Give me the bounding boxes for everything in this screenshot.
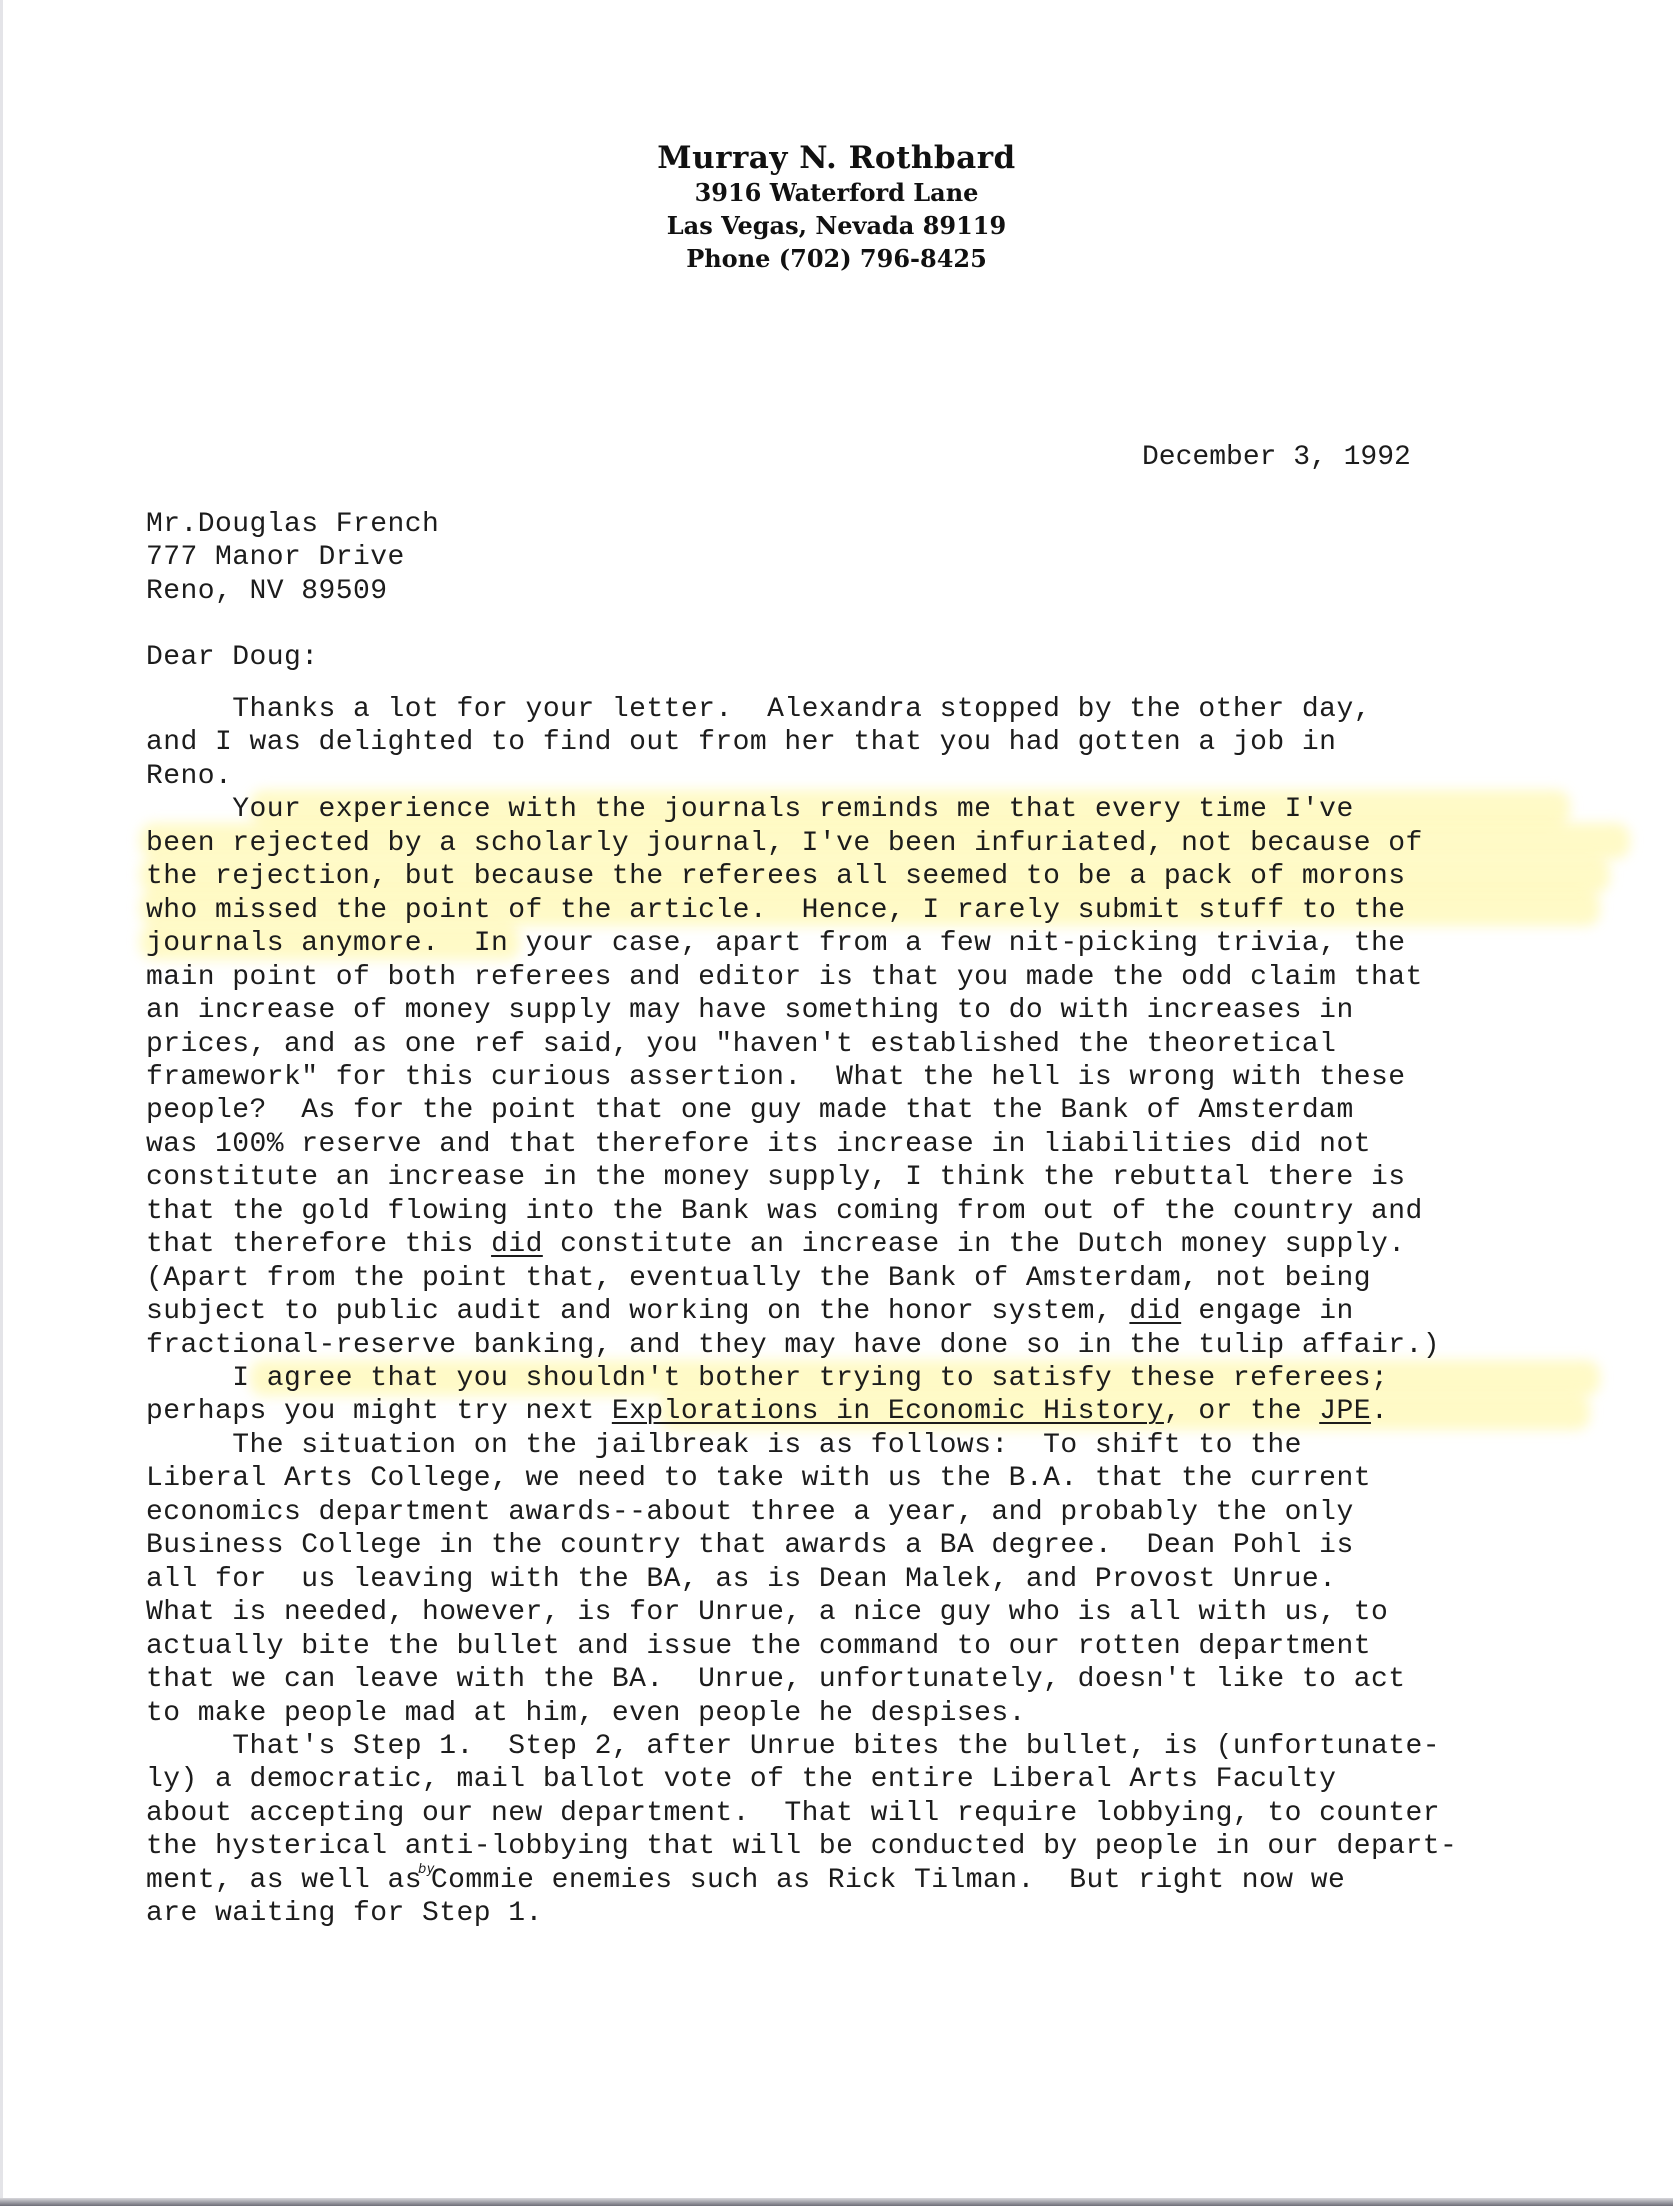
body-line: I agree that you shouldn't bother trying… [146,1362,1388,1396]
body-line: framework" for this curious assertion. W… [146,1061,1405,1095]
body-line: Liberal Arts College, we need to take wi… [146,1462,1371,1496]
body-line: Business College in the country that awa… [146,1529,1354,1563]
body-line: ly) a democratic, mail ballot vote of th… [146,1763,1336,1797]
sender-name: Murray N. Rothbard [0,140,1673,176]
page-edge [0,0,3,2206]
body-line: been rejected by a scholarly journal, I'… [146,827,1423,861]
body-line: constitute an increase in the money supp… [146,1161,1405,1195]
body-line: journals anymore. In your case, apart fr… [146,927,1405,961]
body-line: was 100% reserve and that therefore its … [146,1128,1371,1162]
body-line: actually bite the bullet and issue the c… [146,1630,1371,1664]
body-line: and I was delighted to find out from her… [146,726,1336,760]
sender-phone: Phone (702) 796-8425 [0,242,1673,275]
letterhead: Murray N. Rothbard 3916 Waterford Lane L… [0,140,1673,275]
body-line: fractional-reserve banking, and they may… [146,1329,1440,1363]
underlined-phrase: did [1129,1296,1181,1327]
body-line: Your experience with the journals remind… [146,793,1354,827]
body-line: an increase of money supply may have som… [146,994,1354,1028]
body-line: who missed the point of the article. Hen… [146,894,1405,928]
body-line: That's Step 1. Step 2, after Unrue bites… [146,1730,1440,1764]
underlined-phrase: JPE [1319,1396,1371,1427]
body-line: Reno. [146,760,232,794]
body-line: to make people mad at him, even people h… [146,1697,1026,1731]
body-line: all for us leaving with the BA, as is De… [146,1563,1336,1597]
body-line: the rejection, but because the referees … [146,860,1405,894]
body-line: about accepting our new department. That… [146,1797,1440,1831]
body-line: prices, and as one ref said, you "haven'… [146,1028,1336,1062]
body-line: are waiting for Step 1. [146,1897,543,1931]
body-line: the hysterical anti-lobbying that will b… [146,1830,1457,1864]
body-line: economics department awards--about three… [146,1496,1354,1530]
body-line: that the gold flowing into the Bank was … [146,1195,1423,1229]
recipient-street: 777 Manor Drive [146,541,405,575]
sender-city: Las Vegas, Nevada 89119 [0,209,1673,242]
handwritten-insertion: by [418,1862,435,1877]
body-line: perhaps you might try next Explorations … [146,1395,1388,1429]
underlined-phrase: Explorations in Economic History [612,1396,1164,1427]
body-line: that therefore this did constitute an in… [146,1228,1405,1262]
body-line: main point of both referees and editor i… [146,961,1423,995]
body-line: Thanks a lot for your letter. Alexandra … [146,693,1371,727]
underlined-phrase: did [491,1229,543,1260]
letter-date: December 3, 1992 [1142,441,1411,474]
salutation: Dear Doug: [146,641,319,675]
page-edge-shadow [0,2198,1673,2206]
recipient-city: Reno, NV 89509 [146,575,388,609]
body-line: The situation on the jailbreak is as fol… [146,1429,1302,1463]
sender-street: 3916 Waterford Lane [0,176,1673,209]
body-line: ment, as well asbyCommie enemies such as… [146,1864,1345,1901]
body-line: people? As for the point that one guy ma… [146,1094,1354,1128]
body-line: that we can leave with the BA. Unrue, un… [146,1663,1405,1697]
body-line: subject to public audit and working on t… [146,1295,1354,1329]
recipient-name: Mr.Douglas French [146,508,439,542]
body-line: (Apart from the point that, eventually t… [146,1262,1371,1296]
body-line: What is needed, however, is for Unrue, a… [146,1596,1388,1630]
